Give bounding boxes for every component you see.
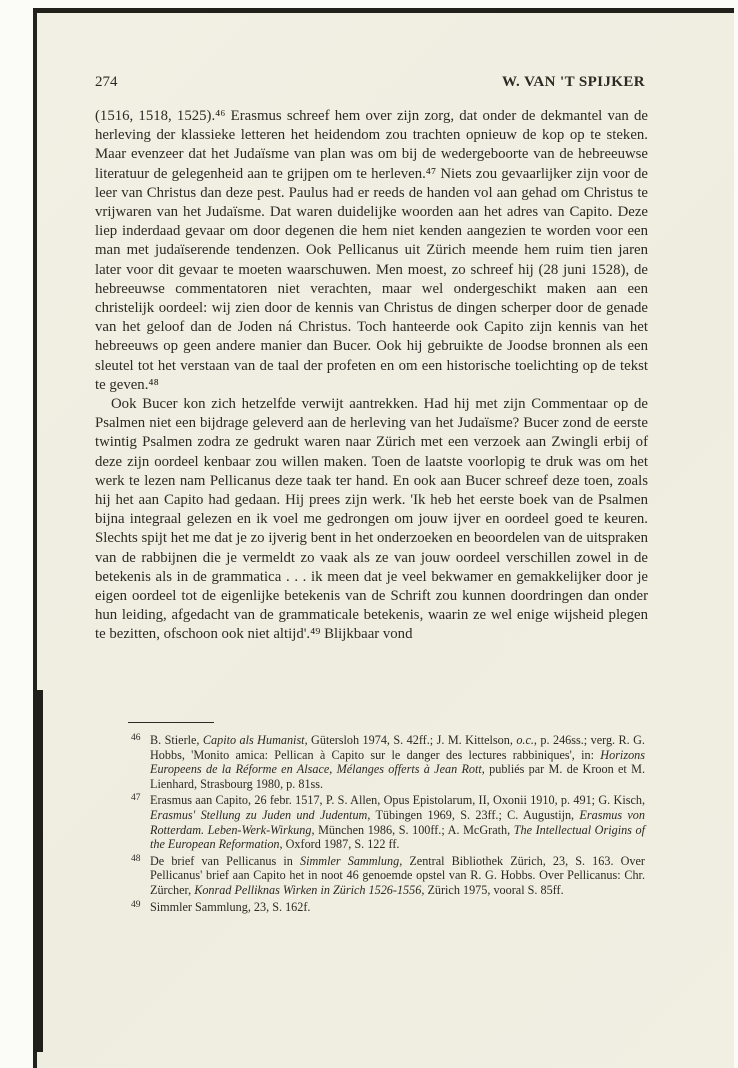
footnote-item: 49Simmler Sammlung, 23, S. 162f. — [131, 898, 645, 915]
footnote-text: Simmler Sammlung, 23, S. 162f. — [150, 900, 310, 914]
footnote-text: , Gütersloh 1974, S. 42ff.; J. M. Kittel… — [305, 733, 517, 747]
footnote-text-italic: o.c. — [516, 733, 534, 747]
page-number: 274 — [95, 74, 118, 91]
running-head-title: W. VAN 'T SPIJKER — [502, 74, 645, 91]
footnote-text: Erasmus aan Capito, 26 febr. 1517, P. S.… — [150, 793, 645, 807]
page-sheet: 274 W. VAN 'T SPIJKER (1516, 1518, 1525)… — [33, 8, 734, 1068]
footnote-separator-rule — [128, 722, 214, 723]
footnote-text: , München 1986, S. 100ff.; A. McGrath, — [311, 823, 513, 837]
footnote-number: 48 — [131, 852, 150, 867]
footnote-text-italic: Konrad Pelliknas Wirken in Zürich 1526-1… — [194, 883, 421, 897]
page-header: 274 W. VAN 'T SPIJKER — [95, 74, 645, 91]
footnote-number: 49 — [131, 898, 150, 913]
footnote-text: , Oxford 1987, S. 122 ff. — [280, 837, 400, 851]
footnotes-section: 46B. Stierle, Capito als Humanist, Güter… — [131, 731, 645, 914]
footnote-item: 47Erasmus aan Capito, 26 febr. 1517, P. … — [131, 791, 645, 851]
footnote-text-italic: Erasmus' Stellung zu Juden und Judentum — [150, 808, 367, 822]
footnote-text: De brief van Pellicanus in — [150, 854, 300, 868]
body-paragraph: (1516, 1518, 1525).⁴⁶ Erasmus schreef he… — [95, 107, 648, 395]
footnote-text-italic: Capito als Humanist — [203, 733, 305, 747]
footnote-number: 47 — [131, 791, 150, 806]
footnote-text: B. Stierle, — [150, 733, 203, 747]
footnote-text-italic: Simmler Sammlung — [300, 854, 399, 868]
body-text: (1516, 1518, 1525).⁴⁶ Erasmus schreef he… — [95, 107, 648, 645]
page-edge-shadow — [33, 690, 43, 1052]
footnote-text: , Zürich 1975, vooral S. 85ff. — [421, 883, 563, 897]
footnote-item: 46B. Stierle, Capito als Humanist, Güter… — [131, 731, 645, 791]
footnote-text: , Tübingen 1969, S. 23ff.; C. Augustijn, — [367, 808, 579, 822]
body-paragraph: Ook Bucer kon zich hetzelfde verwijt aan… — [95, 395, 648, 645]
scanned-page-background: { "page": { "number": "274", "running_he… — [0, 0, 738, 1068]
footnote-number: 46 — [131, 731, 150, 746]
footnote-item: 48De brief van Pellicanus in Simmler Sam… — [131, 852, 645, 898]
